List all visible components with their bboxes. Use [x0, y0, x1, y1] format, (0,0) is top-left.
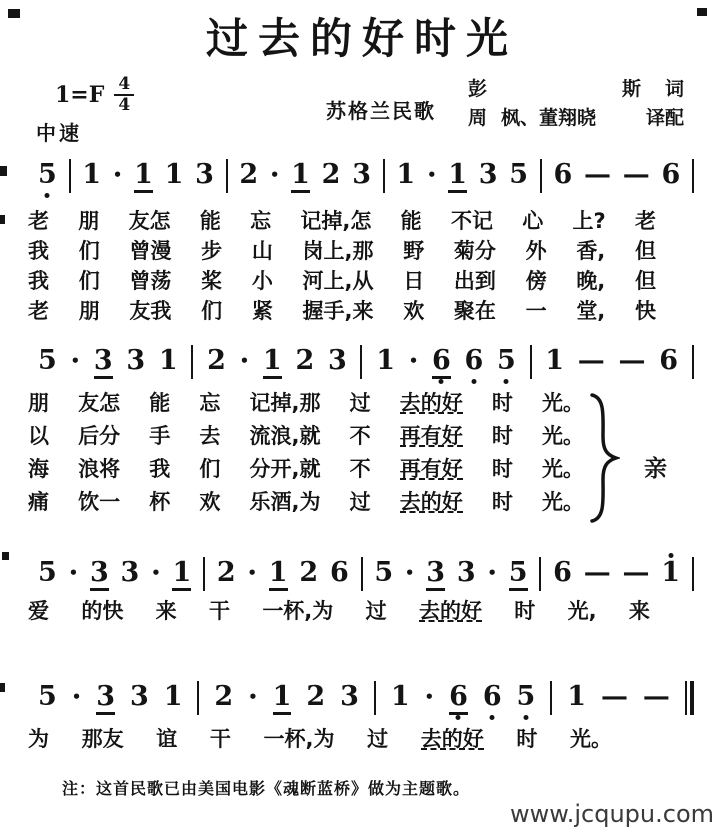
- barline: [191, 345, 193, 379]
- lyric-segment: 们: [79, 240, 100, 262]
- barline: [383, 159, 385, 193]
- lyric-segment: 友怎: [78, 392, 120, 414]
- lyric-segment: 日: [403, 270, 424, 292]
- note-digit: 2: [217, 558, 236, 588]
- note-digit: 1: [376, 346, 395, 376]
- lyric-segment: 老: [28, 210, 49, 232]
- lyric-segment: 老: [635, 210, 656, 232]
- lyric-line: 我们曾荡桨小河上,从日出到傍晚,但: [28, 270, 656, 292]
- key-text: 1=F: [55, 82, 104, 108]
- translator-role: 译配: [646, 103, 684, 130]
- note-digit: 3: [90, 558, 109, 591]
- lyric-segment: 海: [28, 458, 49, 480]
- lyric-segment: 心: [522, 210, 543, 232]
- lyricist-role: 词: [665, 74, 684, 101]
- lyric-segment: 浪将: [78, 458, 120, 480]
- lyric-segment: 山: [252, 240, 273, 262]
- augmentation-dot: •: [247, 558, 257, 588]
- translator-name-part: 枫、董翔晓: [501, 103, 596, 130]
- lyric-segment: 河上,从: [303, 270, 374, 292]
- lyric-segment: 再有好: [400, 425, 463, 447]
- note-digit: 1: [448, 160, 467, 193]
- note-digit: 3: [195, 160, 214, 190]
- note-digit: 2: [322, 160, 341, 190]
- lyric-segment: 忘: [199, 392, 220, 414]
- lyric-segment: 过: [367, 728, 388, 750]
- sheet-music-page: 过去的好时光 1=F 4 4 中速 苏格兰民歌 彭 斯 词 周 枫、董翔晓 译配…: [0, 0, 714, 840]
- lyric-segment: 谊: [156, 728, 177, 750]
- note-digit: 5: [509, 160, 528, 190]
- note-digit: 2: [214, 682, 233, 712]
- lyric-segment: 去的好: [421, 728, 484, 750]
- lyric-segment: 一: [526, 300, 547, 322]
- note-digit: 1: [273, 682, 292, 715]
- lyric-segment: 聚在: [454, 300, 496, 322]
- octave-dot-below: [456, 715, 461, 720]
- lyric-segment: 记掉,怎: [300, 210, 371, 232]
- note-digit: 3: [479, 160, 498, 190]
- origin-credit: 苏格兰民歌: [326, 95, 436, 124]
- lyric-segment: 能: [401, 210, 422, 232]
- lyric-segment: 步: [201, 240, 222, 262]
- lyric-segment: 友我: [129, 300, 171, 322]
- barline: [550, 681, 552, 715]
- lyric-segment: 快: [635, 300, 656, 322]
- lyric-segment: 痛: [28, 491, 49, 513]
- lyric-segment: 傍: [526, 270, 547, 292]
- note-digit: 2: [306, 682, 325, 712]
- lyric-segment: 时: [492, 392, 513, 414]
- note-digit: 3: [340, 682, 359, 712]
- augmentation-dot: •: [405, 558, 415, 588]
- lyric-segment: 我: [28, 240, 49, 262]
- time-signature-top: 4: [114, 76, 134, 96]
- lyric-line: 爱的快来干一杯,为过去的好时光,来: [28, 600, 650, 622]
- lyric-segment: 不: [350, 425, 371, 447]
- lyric-segment: 的快: [81, 600, 123, 622]
- note-digit: 5: [497, 346, 516, 376]
- note-digit: 1: [165, 160, 184, 190]
- lyric-segment: 不记: [451, 210, 493, 232]
- lyric-segment: 桨: [201, 270, 222, 292]
- lyric-segment: 一杯,为: [262, 600, 333, 622]
- note-digit: 1: [291, 160, 310, 193]
- duration-dash: —: [601, 682, 628, 712]
- note-digit: 1: [159, 346, 178, 376]
- lyric-segment: 菊分: [454, 240, 496, 262]
- lyricist-name-part: 彭: [468, 74, 487, 101]
- lyric-segment: 乐酒,为: [250, 491, 321, 513]
- augmentation-dot: •: [427, 160, 437, 190]
- notation-line-4: 5•3312•1231•6651——: [38, 682, 694, 720]
- note-digit: 1: [134, 160, 153, 193]
- scan-artifact: [0, 166, 7, 176]
- lyric-segment: 光。: [542, 392, 584, 414]
- lyric-line: 老朋友我们紧握手,来欢聚在一堂,快: [28, 300, 656, 322]
- note-digit: 5: [517, 682, 536, 712]
- translator-name-part: 周: [468, 103, 487, 130]
- lyric-segment: 过: [350, 392, 371, 414]
- lyric-segment: 干: [210, 728, 231, 750]
- lyric-segment: 光。: [542, 425, 584, 447]
- lyric-segment: 去的好: [400, 392, 463, 414]
- lyric-segment: 手: [149, 425, 170, 447]
- lyric-segment: 老: [28, 300, 49, 322]
- augmentation-dot: •: [487, 558, 497, 588]
- note-digit: 6: [449, 682, 468, 715]
- lyric-segment: 友怎: [129, 210, 171, 232]
- lyric-segment: 朋: [28, 392, 49, 414]
- lyric-segment: 小: [252, 270, 273, 292]
- lyric-segment: 时: [492, 458, 513, 480]
- note-digit: 3: [328, 346, 347, 376]
- tempo-marking: 中速: [36, 117, 82, 146]
- note-digit: 5: [509, 558, 528, 591]
- note-digit: 5: [38, 682, 57, 712]
- lyric-segment: 上?: [573, 210, 606, 232]
- lyric-segment: 握手,来: [303, 300, 374, 322]
- scan-artifact: [0, 683, 5, 692]
- octave-dot-below: [523, 715, 528, 720]
- note-digit: 2: [299, 558, 318, 588]
- duration-dash: —: [584, 558, 611, 588]
- note-digit: 3: [352, 160, 371, 190]
- lyric-segment: 干: [209, 600, 230, 622]
- augmentation-dot: •: [248, 682, 258, 712]
- barline: [361, 557, 363, 591]
- lyric-segment: 们: [199, 458, 220, 480]
- lyric-segment: 欢: [403, 300, 424, 322]
- lyric-line: 朋友怎能忘记掉,那过去的好时光。: [28, 392, 584, 414]
- translator-credit: 周 枫、董翔晓 译配: [468, 103, 684, 130]
- lyricist-credit: 彭 斯 词: [468, 74, 684, 101]
- barline: [197, 681, 199, 715]
- note-digit: 5: [38, 558, 57, 588]
- note-digit: 3: [121, 558, 140, 588]
- lyric-line: 海浪将我们分开,就不再有好时光。: [28, 458, 584, 480]
- note-digit: 6: [432, 346, 451, 379]
- lyric-segment: 去的好: [419, 600, 482, 622]
- notation-line-1: 51•1132•1231•1356——6: [38, 160, 694, 198]
- lyric-segment: 我: [28, 270, 49, 292]
- key-signature: 1=F 4 4: [55, 76, 134, 114]
- lyric-segment: 们: [79, 270, 100, 292]
- lyric-segment: 能: [149, 392, 170, 414]
- lyric-segment: 一杯,为: [264, 728, 335, 750]
- barline: [692, 557, 694, 591]
- augmentation-dot: •: [71, 346, 81, 376]
- augmentation-dot: •: [240, 346, 250, 376]
- barline: [539, 557, 541, 591]
- lyric-segment: 紧: [252, 300, 273, 322]
- lyric-segment: 堂,: [576, 300, 605, 322]
- note-digit: 1: [567, 682, 586, 712]
- barline: [69, 159, 71, 193]
- octave-dot-below: [45, 193, 50, 198]
- brace-continuation-character: 亲: [644, 450, 667, 483]
- lyric-segment: 时: [492, 425, 513, 447]
- note-digit: 3: [457, 558, 476, 588]
- lyric-segment: 出到: [454, 270, 496, 292]
- lyric-segment: 忘: [250, 210, 271, 232]
- lyric-segment: 去: [199, 425, 220, 447]
- note-digit: 6: [554, 160, 573, 190]
- duration-dash: —: [578, 346, 605, 376]
- duration-dash: —: [623, 160, 650, 190]
- lyrics-system-4: 为那友谊干一杯,为过去的好时光。: [28, 728, 612, 750]
- lyric-segment: 岗上,那: [303, 240, 374, 262]
- footnote: 注：这首民歌已由美国电影《魂断蓝桥》做为主题歌。: [62, 776, 470, 799]
- lyric-line: 以后分手去流浪,就不再有好时光。: [28, 425, 584, 447]
- note-digit: 1: [391, 682, 410, 712]
- lyric-segment: 过: [366, 600, 387, 622]
- octave-dot-below: [439, 379, 444, 384]
- duration-dash: —: [584, 160, 611, 190]
- lyrics-system-2: 朋友怎能忘记掉,那过去的好时光。 以后分手去流浪,就不再有好时光。 海浪将我们分…: [28, 392, 584, 524]
- lyric-segment: 我: [149, 458, 170, 480]
- note-digit: 2: [239, 160, 258, 190]
- note-digit: 3: [94, 346, 113, 379]
- scan-artifact: [8, 9, 20, 18]
- credits-block: 彭 斯 词 周 枫、董翔晓 译配: [468, 74, 684, 130]
- lyric-segment: 时: [516, 728, 537, 750]
- song-title: 过去的好时光: [0, 6, 714, 66]
- lyric-segment: 后分: [78, 425, 120, 447]
- lyric-segment: 曾漫: [129, 240, 171, 262]
- augmentation-dot: •: [69, 558, 79, 588]
- duration-dash: —: [643, 682, 670, 712]
- lyric-segment: 记掉,那: [250, 392, 321, 414]
- note-digit: 5: [374, 558, 393, 588]
- note-digit: 1: [396, 160, 415, 190]
- lyric-segment: 爱: [28, 600, 49, 622]
- verse-brace: [588, 392, 620, 528]
- lyric-segment: 那友: [82, 728, 124, 750]
- lyric-segment: 欢: [199, 491, 220, 513]
- augmentation-dot: •: [151, 558, 161, 588]
- duration-dash: —: [619, 346, 646, 376]
- note-digit: 1: [263, 346, 282, 379]
- lyric-segment: 去的好: [400, 491, 463, 513]
- augmentation-dot: •: [113, 160, 123, 190]
- lyric-segment: 来: [629, 600, 650, 622]
- note-digit: 6: [483, 682, 502, 712]
- lyric-line: 痛饮一杯欢乐酒,为过去的好时光。: [28, 491, 584, 513]
- lyric-line: 我们曾漫步山岗上,那野菊分外香,但: [28, 240, 656, 262]
- lyric-segment: 光。: [570, 728, 612, 750]
- barline: [692, 159, 694, 193]
- barline: [692, 345, 694, 379]
- lyric-segment: 晚,: [576, 270, 605, 292]
- lyric-segment: 们: [201, 300, 222, 322]
- lyric-segment: 但: [635, 270, 656, 292]
- lyric-segment: 杯: [149, 491, 170, 513]
- barline: [374, 681, 376, 715]
- lyric-segment: 朋: [78, 210, 99, 232]
- lyric-segment: 朋: [79, 300, 100, 322]
- scan-artifact: [697, 8, 707, 16]
- notation-line-2: 5•3312•1231•6651——6: [38, 346, 694, 384]
- final-barline: [685, 681, 694, 715]
- lyric-segment: 饮一: [78, 491, 120, 513]
- note-digit: 6: [553, 558, 572, 588]
- octave-dot-above: [668, 553, 673, 558]
- octave-dot-below: [471, 379, 476, 384]
- note-digit: 1: [82, 160, 101, 190]
- note-digit: 5: [38, 160, 57, 190]
- lyric-segment: 流浪,就: [250, 425, 321, 447]
- lyric-segment: 光。: [542, 458, 584, 480]
- note-digit: 1: [164, 682, 183, 712]
- lyric-segment: 光。: [542, 491, 584, 513]
- lyric-line: 老朋友怎能忘记掉,怎能不记心上?老: [28, 210, 656, 232]
- note-digit: 3: [96, 682, 115, 715]
- time-signature-bottom: 4: [118, 96, 130, 114]
- time-signature: 4 4: [114, 76, 134, 114]
- lyric-segment: 曾荡: [129, 270, 171, 292]
- barline: [360, 345, 362, 379]
- augmentation-dot: •: [409, 346, 419, 376]
- watermark-url: www.jcqupu.com: [510, 800, 714, 828]
- lyric-segment: 不: [350, 458, 371, 480]
- lyric-segment: 为: [28, 728, 49, 750]
- lyric-segment: 过: [350, 491, 371, 513]
- note-digit: 1: [269, 558, 288, 591]
- barline: [226, 159, 228, 193]
- lyric-segment: 能: [200, 210, 221, 232]
- note-digit: 1: [661, 558, 680, 588]
- augmentation-dot: •: [425, 682, 435, 712]
- lyric-segment: 外: [526, 240, 547, 262]
- note-digit: 1: [172, 558, 191, 591]
- note-digit: 3: [426, 558, 445, 591]
- augmentation-dot: •: [72, 682, 82, 712]
- lyric-segment: 再有好: [400, 458, 463, 480]
- note-digit: 6: [659, 346, 678, 376]
- lyrics-system-3: 爱的快来干一杯,为过去的好时光,来: [28, 600, 650, 622]
- lyric-segment: 时: [492, 491, 513, 513]
- notation-line-3: 5•33•12•1265•33•56——1: [38, 558, 694, 596]
- note-digit: 6: [465, 346, 484, 376]
- note-digit: 3: [126, 346, 145, 376]
- duration-dash: —: [623, 558, 650, 588]
- note-digit: 3: [130, 682, 149, 712]
- octave-dot-below: [504, 379, 509, 384]
- augmentation-dot: •: [270, 160, 280, 190]
- barline: [530, 345, 532, 379]
- lyric-segment: 来: [156, 600, 177, 622]
- lyrics-system-1: 老朋友怎能忘记掉,怎能不记心上?老 我们曾漫步山岗上,那野菊分外香,但 我们曾荡…: [28, 210, 656, 330]
- lyric-segment: 以: [28, 425, 49, 447]
- lyric-segment: 分开,就: [250, 458, 321, 480]
- lyric-segment: 野: [403, 240, 424, 262]
- scan-artifact: [2, 552, 9, 560]
- barline: [203, 557, 205, 591]
- lyric-line: 为那友谊干一杯,为过去的好时光。: [28, 728, 612, 750]
- note-digit: 1: [545, 346, 564, 376]
- barline: [540, 159, 542, 193]
- note-digit: 2: [295, 346, 314, 376]
- note-digit: 2: [207, 346, 226, 376]
- note-digit: 6: [330, 558, 349, 588]
- lyricist-name-part: 斯: [622, 74, 641, 101]
- lyric-segment: 但: [635, 240, 656, 262]
- lyric-segment: 时: [514, 600, 535, 622]
- scan-artifact: [0, 215, 5, 224]
- lyric-segment: 香,: [576, 240, 605, 262]
- octave-dot-below: [490, 715, 495, 720]
- note-digit: 5: [38, 346, 57, 376]
- note-digit: 6: [661, 160, 680, 190]
- lyric-segment: 光,: [568, 600, 597, 622]
